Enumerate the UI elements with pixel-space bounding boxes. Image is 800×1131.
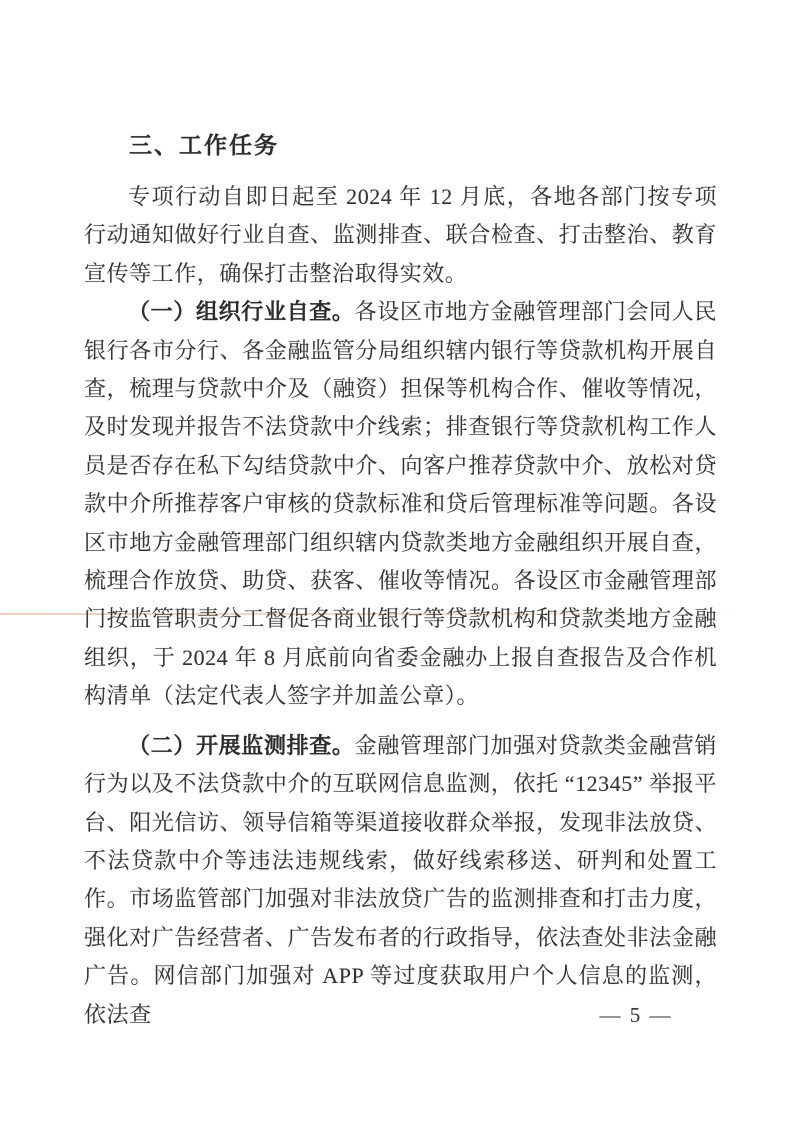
paragraph-text: 专项行动自即日起至 2024 年 12 月底，各地各部门按专项行动通知做好行业自…	[84, 184, 717, 286]
document-body: 三、工作任务 专项行动自即日起至 2024 年 12 月底，各地各部门按专项行动…	[84, 130, 717, 1034]
paragraph-item-1: （一）组织行业自查。各设区市地方金融管理部门会同人民银行各市分行、各金融监管分局…	[84, 293, 717, 715]
scanned-document-page: 三、工作任务 专项行动自即日起至 2024 年 12 月底，各地各部门按专项行动…	[0, 0, 800, 1131]
paragraph-text: 金融管理部门加强对贷款类金融营销行为以及不法贷款中介的互联网信息监测，依托 “1…	[84, 733, 717, 1027]
section-heading: 三、工作任务	[129, 130, 717, 161]
paragraph-intro: 专项行动自即日起至 2024 年 12 月底，各地各部门按专项行动通知做好行业自…	[84, 178, 717, 293]
paragraph-item-2: （二）开展监测排查。金融管理部门加强对贷款类金融营销行为以及不法贷款中介的互联网…	[84, 727, 717, 1034]
paragraph-lead: （二）开展监测排查。	[128, 733, 355, 758]
paragraph-text: 各设区市地方金融管理部门会同人民银行各市分行、各金融监管分局组织辖内银行等贷款机…	[84, 299, 717, 708]
paragraph-lead: （一）组织行业自查。	[128, 299, 355, 324]
page-number: — 5 —	[596, 1003, 676, 1028]
